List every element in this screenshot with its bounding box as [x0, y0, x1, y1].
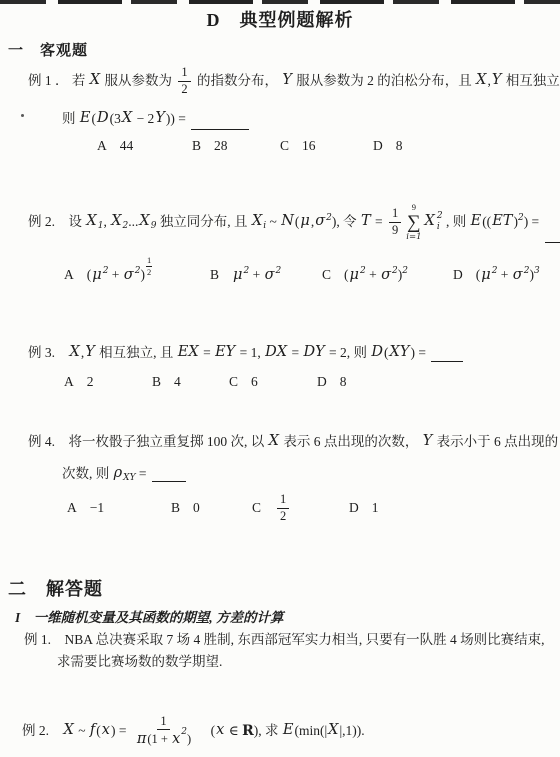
option-label: C	[252, 500, 261, 516]
problem1-option-d: D8	[373, 138, 403, 154]
option-label: D	[317, 374, 327, 390]
option-value: 2	[87, 374, 94, 390]
problem3-statement: 例 3. X,Y 相互独立, 且 EX = EY = 1, DX = DY = …	[28, 341, 465, 365]
option-value: 6	[251, 374, 258, 390]
problem3-option-a: A2	[64, 374, 152, 390]
option-label: B	[192, 138, 201, 154]
option-value: −1	[90, 500, 104, 516]
option-label: C	[229, 374, 238, 390]
problem4-option-c: C12	[252, 492, 349, 524]
answer-problem1-line1: 例 1. NBA 总决赛采取 7 场 4 胜制, 东西部冠军实力相当, 只要有一…	[24, 630, 545, 650]
problem2-options: A(μ2 + σ2)12 Bμ2 + σ2 C(μ2 + σ2)2 D(μ2 +…	[64, 256, 540, 294]
problem1-options: A44 B28 C16 D8	[97, 137, 403, 155]
problem1-statement-line2: 则 E(D(3X − 2Y)) =	[62, 105, 251, 133]
scan-speck	[21, 114, 24, 117]
option-label: B	[171, 500, 180, 516]
option-value: 28	[214, 138, 228, 154]
document-page: D 典型例题解析 一 客观题 例 1 ． 若 X 服从参数为 12 的指数分布，…	[0, 0, 560, 757]
problem3-option-c: C6	[229, 374, 317, 390]
problem1-statement-line1: 例 1 ． 若 X 服从参数为 12 的指数分布， Y 服从参数为 2 的泊松分…	[28, 61, 560, 101]
problem4-option-a: A−1	[67, 500, 171, 516]
option-value: 4	[174, 374, 181, 390]
problem4-option-d: D1	[349, 500, 379, 516]
problem2-option-a: A(μ2 + σ2)12	[64, 264, 210, 285]
problem4-options: A−1 B0 C12 D1	[67, 489, 379, 527]
option-label: A	[64, 267, 74, 283]
page-title: D 典型例题解析	[0, 6, 560, 32]
option-value: (μ2 + σ2)2	[344, 267, 408, 283]
problem3-option-d: D8	[317, 374, 347, 390]
problem3-option-b: B4	[152, 374, 229, 390]
answer-blank	[431, 350, 463, 362]
problem3-options: A2 B4 C6 D8	[64, 373, 347, 391]
answer-problem1-line2: 求需要比赛场数的数学期望.	[57, 652, 222, 672]
problem2-option-b: Bμ2 + σ2	[210, 267, 322, 283]
option-label: D	[373, 138, 383, 154]
answer-blank	[545, 231, 560, 243]
option-label: B	[210, 267, 219, 283]
option-value: 8	[396, 138, 403, 154]
problem4-statement-line2: 次数, 则 ρXY =	[62, 463, 188, 485]
option-value: (μ2 + σ2)3	[476, 267, 540, 283]
option-value: (μ2 + σ2)12	[87, 264, 152, 285]
option-label: A	[67, 500, 77, 516]
section-objective-heading: 一 客观题	[8, 39, 88, 60]
scan-artifact-top	[0, 0, 560, 4]
option-label: C	[322, 267, 331, 283]
option-value: 44	[120, 138, 134, 154]
option-value: 16	[302, 138, 316, 154]
section-answer-heading: 二 解答题	[8, 575, 103, 601]
problem2-option-c: C(μ2 + σ2)2	[322, 267, 453, 283]
answer-blank	[191, 118, 249, 130]
option-label: C	[280, 138, 289, 154]
problem4-option-b: B0	[171, 500, 252, 516]
problem1-option-c: C16	[280, 138, 373, 154]
option-label: D	[453, 267, 463, 283]
problem1-option-b: B28	[192, 138, 280, 154]
answer-problem2-statement: 例 2. X ~ f(x) = 1π(1 + x2) (x ∈ R), 求 E(…	[22, 707, 365, 755]
option-label: A	[97, 138, 107, 154]
problem1-option-a: A44	[97, 138, 192, 154]
problem2-option-d: D(μ2 + σ2)3	[453, 267, 540, 283]
option-label: A	[64, 374, 74, 390]
answer-blank	[152, 470, 186, 482]
option-value: 12	[274, 492, 292, 524]
option-value: 8	[340, 374, 347, 390]
option-label: B	[152, 374, 161, 390]
section-answer-subheading: I 一维随机变量及其函数的期望, 方差的计算	[15, 606, 284, 626]
option-value: μ2 + σ2	[232, 267, 281, 283]
option-label: D	[349, 500, 359, 516]
problem4-statement-line1: 例 4. 将一枚骰子独立重复掷 100 次, 以 X 表示 6 点出现的次数， …	[28, 431, 558, 453]
option-value: 0	[193, 500, 200, 516]
problem2-statement: 例 2. 设 X1, X2...X9 独立同分布, 且 Xi ~ N(μ,σ2)…	[28, 198, 560, 246]
option-value: 1	[372, 500, 379, 516]
